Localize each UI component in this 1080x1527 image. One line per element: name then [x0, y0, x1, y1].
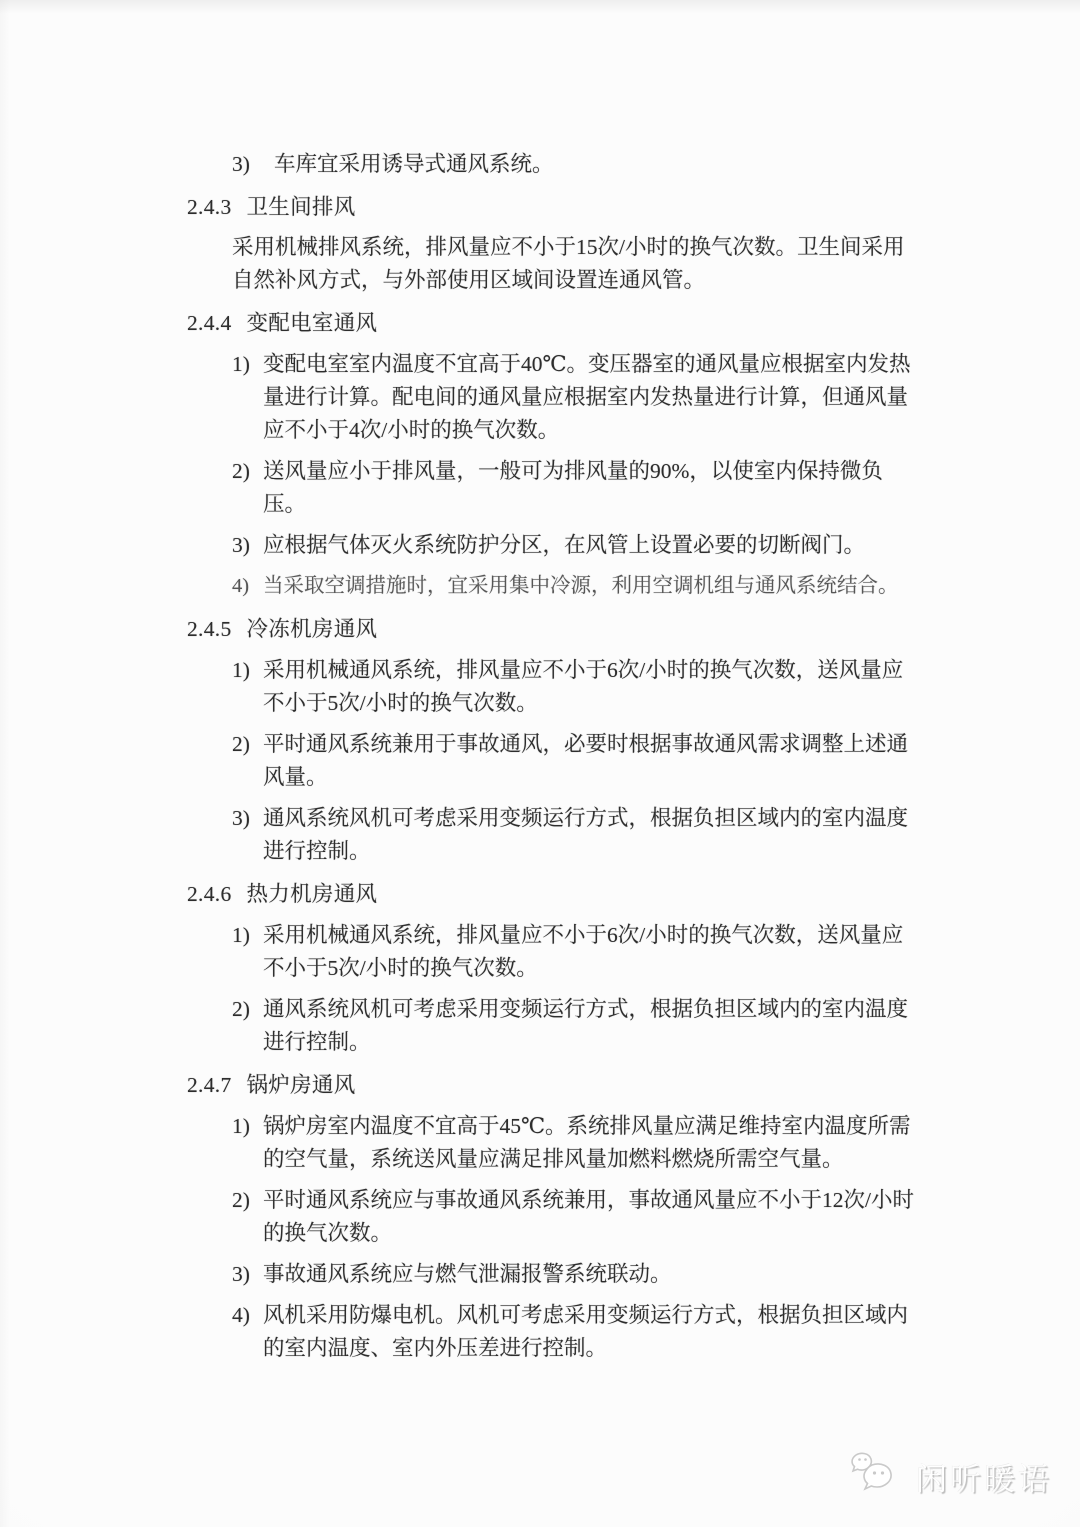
- item-text: 风机采用防爆电机。风机可考虑采用变频运行方式，根据负担区域内的室内温度、室内外压…: [263, 1299, 917, 1365]
- list-item: 2)平时通风系统兼用于事故通风，必要时根据事故通风需求调整上述通风量。: [187, 728, 917, 794]
- item-marker: 1): [232, 1110, 263, 1176]
- item-text: 采用机械通风系统，排风量应不小于6次/小时的换气次数，送风量应不小于5次/小时的…: [263, 654, 917, 720]
- section-number: 2.4.3: [187, 191, 232, 224]
- list-item: 1)锅炉房室内温度不宜高于45℃。系统排风量应满足维持室内温度所需的空气量，系统…: [187, 1110, 917, 1176]
- item-marker: 3): [232, 148, 274, 181]
- item-text: 车库宜采用诱导式通风系统。: [274, 148, 917, 181]
- section-heading: 2.4.4变配电室通风: [187, 307, 917, 340]
- item-marker: 1): [232, 654, 263, 720]
- item-text: 通风系统风机可考虑采用变频运行方式，根据负担区域内的室内温度进行控制。: [263, 802, 917, 868]
- item-text: 送风量应小于排风量，一般可为排风量的90%，以使室内保持微负压。: [263, 455, 917, 521]
- item-text: 锅炉房室内温度不宜高于45℃。系统排风量应满足维持室内温度所需的空气量，系统送风…: [263, 1110, 917, 1176]
- item-marker: 1): [232, 348, 263, 447]
- section-title: 变配电室通风: [247, 307, 378, 340]
- list-item: 2)通风系统风机可考虑采用变频运行方式，根据负担区域内的室内温度进行控制。: [187, 993, 917, 1059]
- list-item: 3)通风系统风机可考虑采用变频运行方式，根据负担区域内的室内温度进行控制。: [187, 802, 917, 868]
- item-text: 平时通风系统兼用于事故通风，必要时根据事故通风需求调整上述通风量。: [263, 728, 917, 794]
- list-item: 2)送风量应小于排风量，一般可为排风量的90%，以使室内保持微负压。: [187, 455, 917, 521]
- item-text: 事故通风系统应与燃气泄漏报警系统联动。: [263, 1258, 917, 1291]
- item-marker: 2): [232, 993, 263, 1059]
- document-page: 3)车库宜采用诱导式通风系统。2.4.3卫生间排风采用机械排风系统，排风量应不小…: [187, 140, 917, 1373]
- list-item: 1)采用机械通风系统，排风量应不小于6次/小时的换气次数，送风量应不小于5次/小…: [187, 654, 917, 720]
- watermark: 闲听暖语: [848, 1451, 1052, 1501]
- list-item: 2)平时通风系统应与事故通风系统兼用，事故通风量应不小于12次/小时的换气次数。: [187, 1184, 917, 1250]
- item-marker: 2): [232, 455, 263, 521]
- doc-section: 2.4.6热力机房通风1)采用机械通风系统，排风量应不小于6次/小时的换气次数，…: [187, 878, 917, 1059]
- item-marker: 2): [232, 1184, 263, 1250]
- item-marker: 3): [232, 529, 263, 562]
- item-marker: 4): [232, 1299, 263, 1365]
- item-marker: 4): [232, 570, 263, 603]
- section-number: 2.4.6: [187, 878, 232, 911]
- section-heading: 2.4.7锅炉房通风: [187, 1069, 917, 1102]
- section-title: 热力机房通风: [247, 878, 378, 911]
- doc-section: 3)车库宜采用诱导式通风系统。: [187, 148, 917, 181]
- list-item: 1)采用机械通风系统，排风量应不小于6次/小时的换气次数，送风量应不小于5次/小…: [187, 919, 917, 985]
- document-body: 3)车库宜采用诱导式通风系统。2.4.3卫生间排风采用机械排风系统，排风量应不小…: [187, 148, 917, 1365]
- item-text: 通风系统风机可考虑采用变频运行方式，根据负担区域内的室内温度进行控制。: [263, 993, 917, 1059]
- section-number: 2.4.5: [187, 613, 232, 646]
- item-text: 采用机械通风系统，排风量应不小于6次/小时的换气次数，送风量应不小于5次/小时的…: [263, 919, 917, 985]
- doc-section: 2.4.4变配电室通风1)变配电室室内温度不宜高于40℃。变压器室的通风量应根据…: [187, 307, 917, 603]
- section-number: 2.4.7: [187, 1069, 232, 1102]
- section-heading: 2.4.5冷冻机房通风: [187, 613, 917, 646]
- list-item: 4)风机采用防爆电机。风机可考虑采用变频运行方式，根据负担区域内的室内温度、室内…: [187, 1299, 917, 1365]
- list-item: 4)当采取空调措施时，宜采用集中冷源，利用空调机组与通风系统结合。: [187, 570, 917, 603]
- section-paragraph: 采用机械排风系统，排风量应不小于15次/小时的换气次数。卫生间采用自然补风方式，…: [232, 231, 912, 297]
- item-text: 应根据气体灭火系统防护分区，在风管上设置必要的切断阀门。: [263, 529, 917, 562]
- section-title: 锅炉房通风: [247, 1069, 356, 1102]
- doc-section: 2.4.7锅炉房通风1)锅炉房室内温度不宜高于45℃。系统排风量应满足维持室内温…: [187, 1069, 917, 1365]
- watermark-text: 闲听暖语: [916, 1454, 1052, 1499]
- list-item: 3)应根据气体灭火系统防护分区，在风管上设置必要的切断阀门。: [187, 529, 917, 562]
- list-item: 3)事故通风系统应与燃气泄漏报警系统联动。: [187, 1258, 917, 1291]
- section-number: 2.4.4: [187, 307, 232, 340]
- doc-section: 2.4.5冷冻机房通风1)采用机械通风系统，排风量应不小于6次/小时的换气次数，…: [187, 613, 917, 868]
- section-title: 冷冻机房通风: [247, 613, 378, 646]
- item-text: 当采取空调措施时，宜采用集中冷源，利用空调机组与通风系统结合。: [263, 570, 917, 603]
- doc-section: 2.4.3卫生间排风采用机械排风系统，排风量应不小于15次/小时的换气次数。卫生…: [187, 191, 917, 297]
- list-item: 3)车库宜采用诱导式通风系统。: [187, 148, 917, 181]
- list-item: 1)变配电室室内温度不宜高于40℃。变压器室的通风量应根据室内发热量进行计算。配…: [187, 348, 917, 447]
- item-marker: 2): [232, 728, 263, 794]
- item-marker: 3): [232, 802, 263, 868]
- item-marker: 3): [232, 1258, 263, 1291]
- item-text: 变配电室室内温度不宜高于40℃。变压器室的通风量应根据室内发热量进行计算。配电间…: [263, 348, 917, 447]
- item-marker: 1): [232, 919, 263, 985]
- section-title: 卫生间排风: [247, 191, 356, 224]
- wechat-bubbles-icon: [848, 1451, 906, 1501]
- section-heading: 2.4.6热力机房通风: [187, 878, 917, 911]
- item-text: 平时通风系统应与事故通风系统兼用，事故通风量应不小于12次/小时的换气次数。: [263, 1184, 917, 1250]
- section-heading: 2.4.3卫生间排风: [187, 191, 917, 224]
